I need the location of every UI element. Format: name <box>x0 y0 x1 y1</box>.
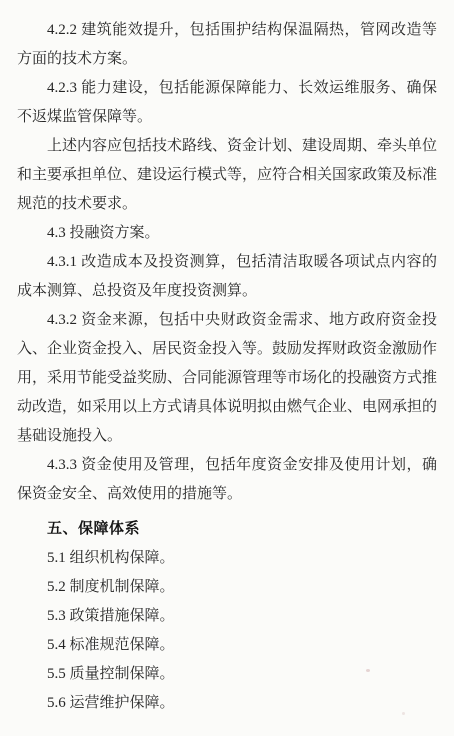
para-4-2-2: 4.2.2 建筑能效提升，包括围护结构保温隔热，管网改造等方面的技术方案。 <box>17 16 437 74</box>
item-5-1: 5.1 组织机构保障。 <box>17 544 437 573</box>
para-requirements: 上述内容应包括技术路线、资金计划、建设周期、牵头单位和主要承担单位、建设运行模式… <box>17 132 437 219</box>
item-5-2: 5.2 制度机制保障。 <box>17 573 437 602</box>
item-5-3: 5.3 政策措施保障。 <box>17 602 437 631</box>
para-4-3: 4.3 投融资方案。 <box>17 219 437 248</box>
item-5-6: 5.6 运营维护保障。 <box>17 689 437 718</box>
para-4-3-2: 4.3.2 资金来源，包括中央财政资金需求、地方政府资金投入、企业资金投入、居民… <box>17 306 437 451</box>
heading-section-5: 五、保障体系 <box>17 515 437 544</box>
para-4-3-1: 4.3.1 改造成本及投资测算，包括清洁取暖各项试点内容的成本测算、总投资及年度… <box>17 248 437 306</box>
item-5-4: 5.4 标准规范保障。 <box>17 631 437 660</box>
para-4-3-3: 4.3.3 资金使用及管理，包括年度资金安排及使用计划，确保资金安全、高效使用的… <box>17 451 437 509</box>
document-page: 4.2.2 建筑能效提升，包括围护结构保温隔热，管网改造等方面的技术方案。 4.… <box>0 0 454 736</box>
item-5-5: 5.5 质量控制保障。 <box>17 660 437 689</box>
para-4-2-3: 4.2.3 能力建设，包括能源保障能力、长效运维服务、确保不返煤监管保障等。 <box>17 74 437 132</box>
